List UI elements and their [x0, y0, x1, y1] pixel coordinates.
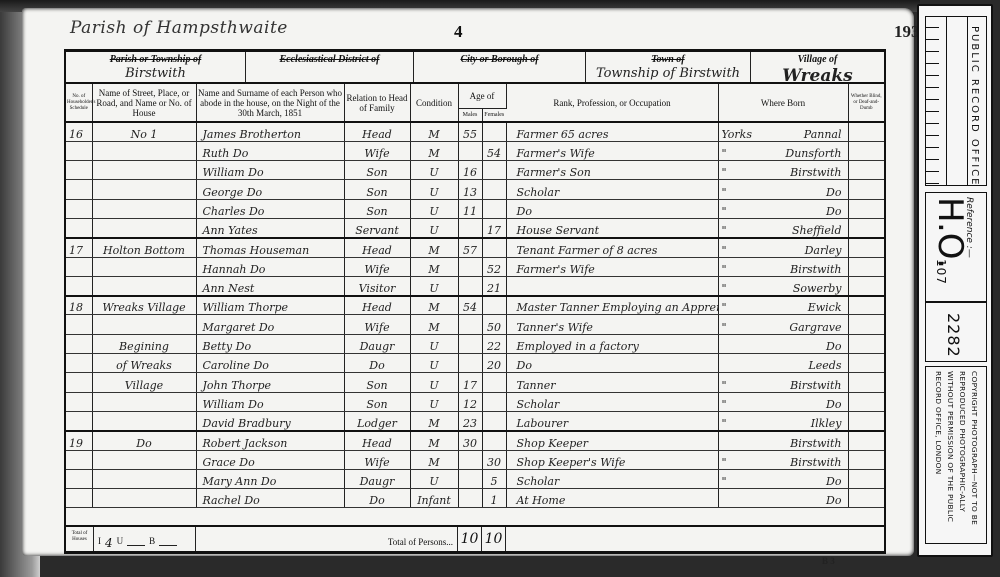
col-born: Where Born	[718, 84, 848, 122]
birthplace: "Birstwith	[718, 450, 848, 469]
occupation: Employed in a factory	[506, 334, 718, 353]
age-male	[458, 489, 482, 508]
person-name: Ruth Do	[196, 141, 344, 160]
person-name: Betty Do	[196, 334, 344, 353]
condition: M	[410, 257, 458, 276]
occupation: Scholar	[506, 469, 718, 488]
disability	[848, 354, 884, 373]
person-name: John Thorpe	[196, 373, 344, 392]
district-city: City or Borough of	[414, 52, 586, 82]
age-female	[482, 296, 506, 315]
houses-uninhabited	[127, 536, 145, 546]
age-male: 16	[458, 161, 482, 180]
occupation: Scholar	[506, 180, 718, 199]
birthplace: "Do	[718, 180, 848, 199]
disability	[848, 489, 884, 508]
disability	[848, 218, 884, 237]
disability	[848, 161, 884, 180]
house-name: Wreaks Village	[92, 296, 196, 315]
occupation: Farmer's Wife	[506, 257, 718, 276]
occupation: Master Tanner Employing an Apprentice	[506, 296, 718, 315]
table-row: 18Wreaks VillageWilliam ThorpeHeadM54Mas…	[66, 296, 884, 315]
occupation	[506, 276, 718, 295]
house-name	[92, 161, 196, 180]
schedule-number: 19	[66, 431, 92, 450]
house-name	[92, 489, 196, 508]
occupation: Tanner's Wife	[506, 315, 718, 334]
relation: Do	[344, 489, 410, 508]
schedule-number	[66, 373, 92, 392]
schedule-number	[66, 199, 92, 218]
parish-note: Parish of Hampsthwaite	[70, 18, 288, 38]
district-town: Town of Township of Birstwith	[586, 52, 751, 82]
piece-number: 2282	[944, 313, 963, 358]
disability	[848, 199, 884, 218]
disability	[848, 450, 884, 469]
district-village: Village of Wreaks	[751, 52, 884, 82]
birthplace: "Sowerby	[718, 276, 848, 295]
enumeration-form: Parish or Township of Birstwith Ecclesia…	[64, 49, 886, 554]
table-row: Ann NestVisitorU21"Sowerby	[66, 276, 884, 295]
disability	[848, 411, 884, 430]
occupation: At Home	[506, 489, 718, 508]
disability	[848, 334, 884, 353]
relation: Lodger	[344, 411, 410, 430]
house-name	[92, 411, 196, 430]
house-name	[92, 276, 196, 295]
schedule-number	[66, 334, 92, 353]
relation: Daugr	[344, 334, 410, 353]
age-female	[482, 238, 506, 257]
birthplace: "Ilkley	[718, 411, 848, 430]
age-female: 52	[482, 257, 506, 276]
condition: M	[410, 238, 458, 257]
table-row: Ann YatesServantU17House Servant"Sheffie…	[66, 218, 884, 237]
census-page: Parish of Hampsthwaite 4 193 Parish or T…	[22, 8, 914, 556]
condition: U	[410, 334, 458, 353]
age-female	[482, 392, 506, 411]
table-row: William DoSonU16Farmer's Son"Birstwith	[66, 161, 884, 180]
col-age: Age of	[458, 84, 506, 108]
schedule-number	[66, 141, 92, 160]
census-table: No. of Householder's Schedule Name of St…	[66, 84, 884, 508]
age-male	[458, 354, 482, 373]
table-row: George DoSonU13Scholar"Do	[66, 180, 884, 199]
age-male: 30	[458, 431, 482, 450]
occupation: Farmer's Son	[506, 161, 718, 180]
relation: Wife	[344, 450, 410, 469]
col-schedule: No. of Householder's Schedule	[66, 84, 92, 122]
footer-mark: B 3	[822, 556, 835, 566]
age-male: 57	[458, 238, 482, 257]
house-name	[92, 257, 196, 276]
house-name: Holton Bottom	[92, 238, 196, 257]
age-male	[458, 276, 482, 295]
relation: Servant	[344, 218, 410, 237]
age-female: 21	[482, 276, 506, 295]
district-ecclesiastical: Ecclesiastical District of	[246, 52, 414, 82]
age-female: 1	[482, 489, 506, 508]
table-row: Charles DoSonU11Do"Do	[66, 199, 884, 218]
col-age-males: Males	[458, 108, 482, 122]
house-name	[92, 218, 196, 237]
age-female: 5	[482, 469, 506, 488]
relation: Son	[344, 392, 410, 411]
age-female	[482, 180, 506, 199]
birthplace: "Gargrave	[718, 315, 848, 334]
birthplace: "Birstwith	[718, 161, 848, 180]
birthplace: "Dunsforth	[718, 141, 848, 160]
occupation: Shop Keeper's Wife	[506, 450, 718, 469]
table-row: Ruth DoWifeM54Farmer's Wife"Dunsforth	[66, 141, 884, 160]
house-name	[92, 392, 196, 411]
person-name: James Brotherton	[196, 122, 344, 141]
relation: Head	[344, 238, 410, 257]
disability	[848, 296, 884, 315]
district-parish: Parish or Township of Birstwith	[66, 52, 246, 82]
person-name: Rachel Do	[196, 489, 344, 508]
total-females: 10	[482, 527, 506, 551]
birthplace: "Birstwith	[718, 373, 848, 392]
total-houses-values: I 4 U B	[94, 527, 196, 551]
schedule-number	[66, 469, 92, 488]
relation: Daugr	[344, 469, 410, 488]
schedule-number: 17	[66, 238, 92, 257]
houses-building	[159, 536, 177, 546]
table-row: VillageJohn ThorpeSonU17Tanner"Birstwith	[66, 373, 884, 392]
condition: M	[410, 431, 458, 450]
disability	[848, 431, 884, 450]
col-condition: Condition	[410, 84, 458, 122]
age-female	[482, 431, 506, 450]
condition: U	[410, 218, 458, 237]
age-female	[482, 199, 506, 218]
condition: M	[410, 450, 458, 469]
age-male: 12	[458, 392, 482, 411]
birthplace: "Ewick	[718, 296, 848, 315]
occupation: Tanner	[506, 373, 718, 392]
table-row: Grace DoWifeM30Shop Keeper's Wife"Birstw…	[66, 450, 884, 469]
person-name: Grace Do	[196, 450, 344, 469]
birthplace: "Do	[718, 392, 848, 411]
schedule-number	[66, 161, 92, 180]
col-disability: Whether Blind, or Deaf-and-Dumb	[848, 84, 884, 122]
house-name	[92, 450, 196, 469]
col-relation: Relation to Head of Family	[344, 84, 410, 122]
disability	[848, 469, 884, 488]
person-name: William Thorpe	[196, 296, 344, 315]
disability	[848, 257, 884, 276]
occupation: Do	[506, 199, 718, 218]
table-row: Margaret DoWifeM50Tanner's Wife"Gargrave	[66, 315, 884, 334]
birthplace: "Birstwith	[718, 257, 848, 276]
reference-box: Reference :— H.O. 107	[925, 192, 987, 302]
occupation: Tenant Farmer of 8 acres	[506, 238, 718, 257]
schedule-number	[66, 489, 92, 508]
disability	[848, 238, 884, 257]
person-name: Hannah Do	[196, 257, 344, 276]
table-row: 19DoRobert JacksonHeadM30Shop KeeperBirs…	[66, 431, 884, 450]
birthplace: Birstwith	[718, 431, 848, 450]
house-name: Village	[92, 373, 196, 392]
census-rows: 16No 1James BrothertonHeadM55Farmer 65 a…	[66, 122, 884, 508]
person-name: Caroline Do	[196, 354, 344, 373]
age-female	[482, 411, 506, 430]
table-row: Hannah DoWifeM52Farmer's Wife"Birstwith	[66, 257, 884, 276]
age-male: 13	[458, 180, 482, 199]
person-name: Mary Ann Do	[196, 469, 344, 488]
age-male	[458, 334, 482, 353]
person-name: Margaret Do	[196, 315, 344, 334]
schedule-number	[66, 450, 92, 469]
age-female: 30	[482, 450, 506, 469]
office-title: PUBLIC RECORD OFFICE	[969, 26, 980, 186]
condition: U	[410, 199, 458, 218]
schedule-number	[66, 257, 92, 276]
occupation: Scholar	[506, 392, 718, 411]
table-row: William DoSonU12Scholar"Do	[66, 392, 884, 411]
relation: Wife	[344, 141, 410, 160]
schedule-number	[66, 218, 92, 237]
age-female: 50	[482, 315, 506, 334]
condition: M	[410, 122, 458, 141]
condition: U	[410, 373, 458, 392]
relation: Visitor	[344, 276, 410, 295]
age-male	[458, 315, 482, 334]
house-name: No 1	[92, 122, 196, 141]
birthplace: Leeds	[718, 354, 848, 373]
house-name: of Wreaks	[92, 354, 196, 373]
age-female	[482, 373, 506, 392]
age-male	[458, 469, 482, 488]
table-row: of WreaksCaroline DoDoU20DoLeeds	[66, 354, 884, 373]
schedule-number	[66, 411, 92, 430]
occupation: Labourer	[506, 411, 718, 430]
record-office-stamp: PUBLIC RECORD OFFICE Reference :— H.O. 1…	[917, 4, 993, 557]
folio-stamp: 193	[894, 22, 920, 42]
table-row: David BradburyLodgerM23Labourer"Ilkley	[66, 411, 884, 430]
copyright-box: COPYRIGHT PHOTOGRAPH—NOT TO BE REPRODUCE…	[925, 366, 987, 544]
relation: Son	[344, 373, 410, 392]
person-name: William Do	[196, 161, 344, 180]
relation: Head	[344, 431, 410, 450]
total-houses-label: Total of Houses	[66, 527, 94, 551]
schedule-number	[66, 392, 92, 411]
total-persons-label: Total of Persons...	[196, 527, 458, 551]
condition: U	[410, 392, 458, 411]
age-male: 55	[458, 122, 482, 141]
disability	[848, 373, 884, 392]
total-males: 10	[458, 527, 482, 551]
relation: Wife	[344, 315, 410, 334]
house-name	[92, 141, 196, 160]
condition: U	[410, 276, 458, 295]
reference-number: 107	[934, 259, 948, 285]
table-row: Rachel DoDoInfant1At HomeDo	[66, 489, 884, 508]
disability	[848, 122, 884, 141]
relation: Son	[344, 180, 410, 199]
totals-row: Total of Houses I 4 U B Total of Persons…	[66, 525, 884, 551]
condition: Infant	[410, 489, 458, 508]
col-age-females: Females	[482, 108, 506, 122]
copyright-notice: COPYRIGHT PHOTOGRAPH—NOT TO BE REPRODUCE…	[932, 371, 980, 541]
age-female: 20	[482, 354, 506, 373]
schedule-number	[66, 180, 92, 199]
person-name: David Bradbury	[196, 411, 344, 430]
birthplace: Do	[718, 489, 848, 508]
schedule-number	[66, 276, 92, 295]
age-male: 17	[458, 373, 482, 392]
relation: Head	[344, 122, 410, 141]
condition: U	[410, 354, 458, 373]
disability	[848, 392, 884, 411]
house-name: Do	[92, 431, 196, 450]
page-number: 4	[454, 22, 463, 42]
age-male	[458, 257, 482, 276]
disability	[848, 276, 884, 295]
person-name: George Do	[196, 180, 344, 199]
birthplace: Do	[718, 334, 848, 353]
disability	[848, 141, 884, 160]
person-name: Robert Jackson	[196, 431, 344, 450]
occupation: Farmer's Wife	[506, 141, 718, 160]
condition: M	[410, 296, 458, 315]
relation: Head	[344, 296, 410, 315]
condition: M	[410, 315, 458, 334]
age-male: 54	[458, 296, 482, 315]
disability	[848, 315, 884, 334]
age-male: 11	[458, 199, 482, 218]
schedule-number	[66, 354, 92, 373]
condition: M	[410, 411, 458, 430]
house-name: Begining	[92, 334, 196, 353]
birthplace: "Sheffield	[718, 218, 848, 237]
age-male: 23	[458, 411, 482, 430]
col-occupation: Rank, Profession, or Occupation	[506, 84, 718, 122]
condition: U	[410, 161, 458, 180]
age-female: 22	[482, 334, 506, 353]
person-name: Ann Yates	[196, 218, 344, 237]
schedule-number	[66, 315, 92, 334]
col-name: Name and Surname of each Person who abod…	[196, 84, 344, 122]
table-row: 16No 1James BrothertonHeadM55Farmer 65 a…	[66, 122, 884, 141]
occupation: Farmer 65 acres	[506, 122, 718, 141]
relation: Do	[344, 354, 410, 373]
district-header: Parish or Township of Birstwith Ecclesia…	[66, 52, 884, 84]
age-female	[482, 122, 506, 141]
condition: M	[410, 141, 458, 160]
age-female: 54	[482, 141, 506, 160]
age-female: 17	[482, 218, 506, 237]
birthplace: "Darley	[718, 238, 848, 257]
age-male	[458, 141, 482, 160]
condition: U	[410, 180, 458, 199]
house-name	[92, 315, 196, 334]
age-male	[458, 450, 482, 469]
person-name: Charles Do	[196, 199, 344, 218]
house-name	[92, 180, 196, 199]
birthplace: "Do	[718, 469, 848, 488]
age-male	[458, 218, 482, 237]
houses-inhabited: 4	[105, 536, 113, 551]
table-row: 17Holton BottomThomas HousemanHeadM57Ten…	[66, 238, 884, 257]
house-name	[92, 199, 196, 218]
house-name	[92, 469, 196, 488]
birthplace: "Do	[718, 199, 848, 218]
relation: Wife	[344, 257, 410, 276]
person-name: William Do	[196, 392, 344, 411]
occupation: Do	[506, 354, 718, 373]
birthplace: YorksPannal	[718, 122, 848, 141]
person-name: Ann Nest	[196, 276, 344, 295]
schedule-number: 18	[66, 296, 92, 315]
relation: Son	[344, 199, 410, 218]
age-female	[482, 161, 506, 180]
col-house: Name of Street, Place, or Road, and Name…	[92, 84, 196, 122]
schedule-number: 16	[66, 122, 92, 141]
relation: Son	[344, 161, 410, 180]
person-name: Thomas Houseman	[196, 238, 344, 257]
table-row: Mary Ann DoDaugrU5Scholar"Do	[66, 469, 884, 488]
occupation: House Servant	[506, 218, 718, 237]
table-row: BeginingBetty DoDaugrU22Employed in a fa…	[66, 334, 884, 353]
piece-box: 2282	[925, 302, 987, 362]
condition: U	[410, 469, 458, 488]
occupation: Shop Keeper	[506, 431, 718, 450]
disability	[848, 180, 884, 199]
